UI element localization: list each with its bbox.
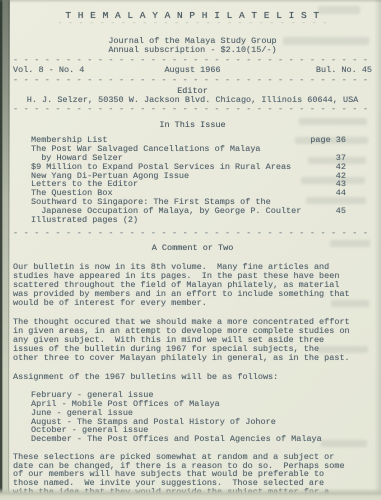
assignment-intro: Assignment of the 1967 bulletins will be… xyxy=(13,373,372,382)
toc-heading: In This Issue xyxy=(13,121,372,130)
page-top-edge xyxy=(0,0,381,3)
table-of-contents: Membership Listpage 36 The Post War Salv… xyxy=(31,136,346,224)
separator-rule: - - - - - - - - - - - - - - - - - - - - … xyxy=(13,76,372,84)
issue-date: August 1966 xyxy=(133,66,253,75)
page-bottom-edge xyxy=(0,488,381,500)
page-content: T H E M A L A Y A N P H I L A T E L I S … xyxy=(13,11,372,500)
toc-entry-text: Illustrated pages (2) xyxy=(31,216,138,225)
volume-label: Vol. 8 - No. 4 xyxy=(13,66,133,75)
comment-heading: A Comment or Two xyxy=(13,244,372,253)
separator-rule: - - - - - - - - - - - - - - - - - - - - … xyxy=(13,229,372,237)
separator-rule: - - - - - - - - - - - - - - - - - - - - … xyxy=(13,56,372,64)
editor-address: H. J. Selzer, 50350 W. Jackson Blvd. Chi… xyxy=(13,96,372,105)
scanned-page: T H E M A L A Y A N P H I L A T E L I S … xyxy=(0,0,381,500)
comment-paragraph-2: The thought occured that we should make … xyxy=(13,318,372,364)
page-right-edge xyxy=(374,0,381,500)
journal-title: T H E M A L A Y A N P H I L A T E L I S … xyxy=(13,11,372,20)
toc-row: Illustrated pages (2) xyxy=(31,216,346,225)
assignment-item: December - The Post Offices and Postal A… xyxy=(31,435,372,444)
toc-entry-page: page 36 xyxy=(310,136,346,145)
separator-rule: - - - - - - - - - - - - - - - - - - - - … xyxy=(13,105,372,113)
assignment-list: February - general issue April - Mobile … xyxy=(31,391,372,444)
volume-row: Vol. 8 - No. 4 August 1966 Bul. No. 45 xyxy=(13,66,372,75)
page-left-edge xyxy=(0,0,10,500)
toc-entry-page: 45 xyxy=(336,207,346,216)
bulletin-number: Bul. No. 45 xyxy=(252,66,372,75)
toc-entry-page: 44 xyxy=(336,189,346,198)
subscription-line: Annual subscription - $2.10(15/-) xyxy=(13,46,372,55)
title-underline: - - - - - - - - - - - - - - - - - - - - … xyxy=(13,20,372,26)
comment-paragraph-1: Our bulletin is now in its 8th volume. M… xyxy=(13,263,372,309)
